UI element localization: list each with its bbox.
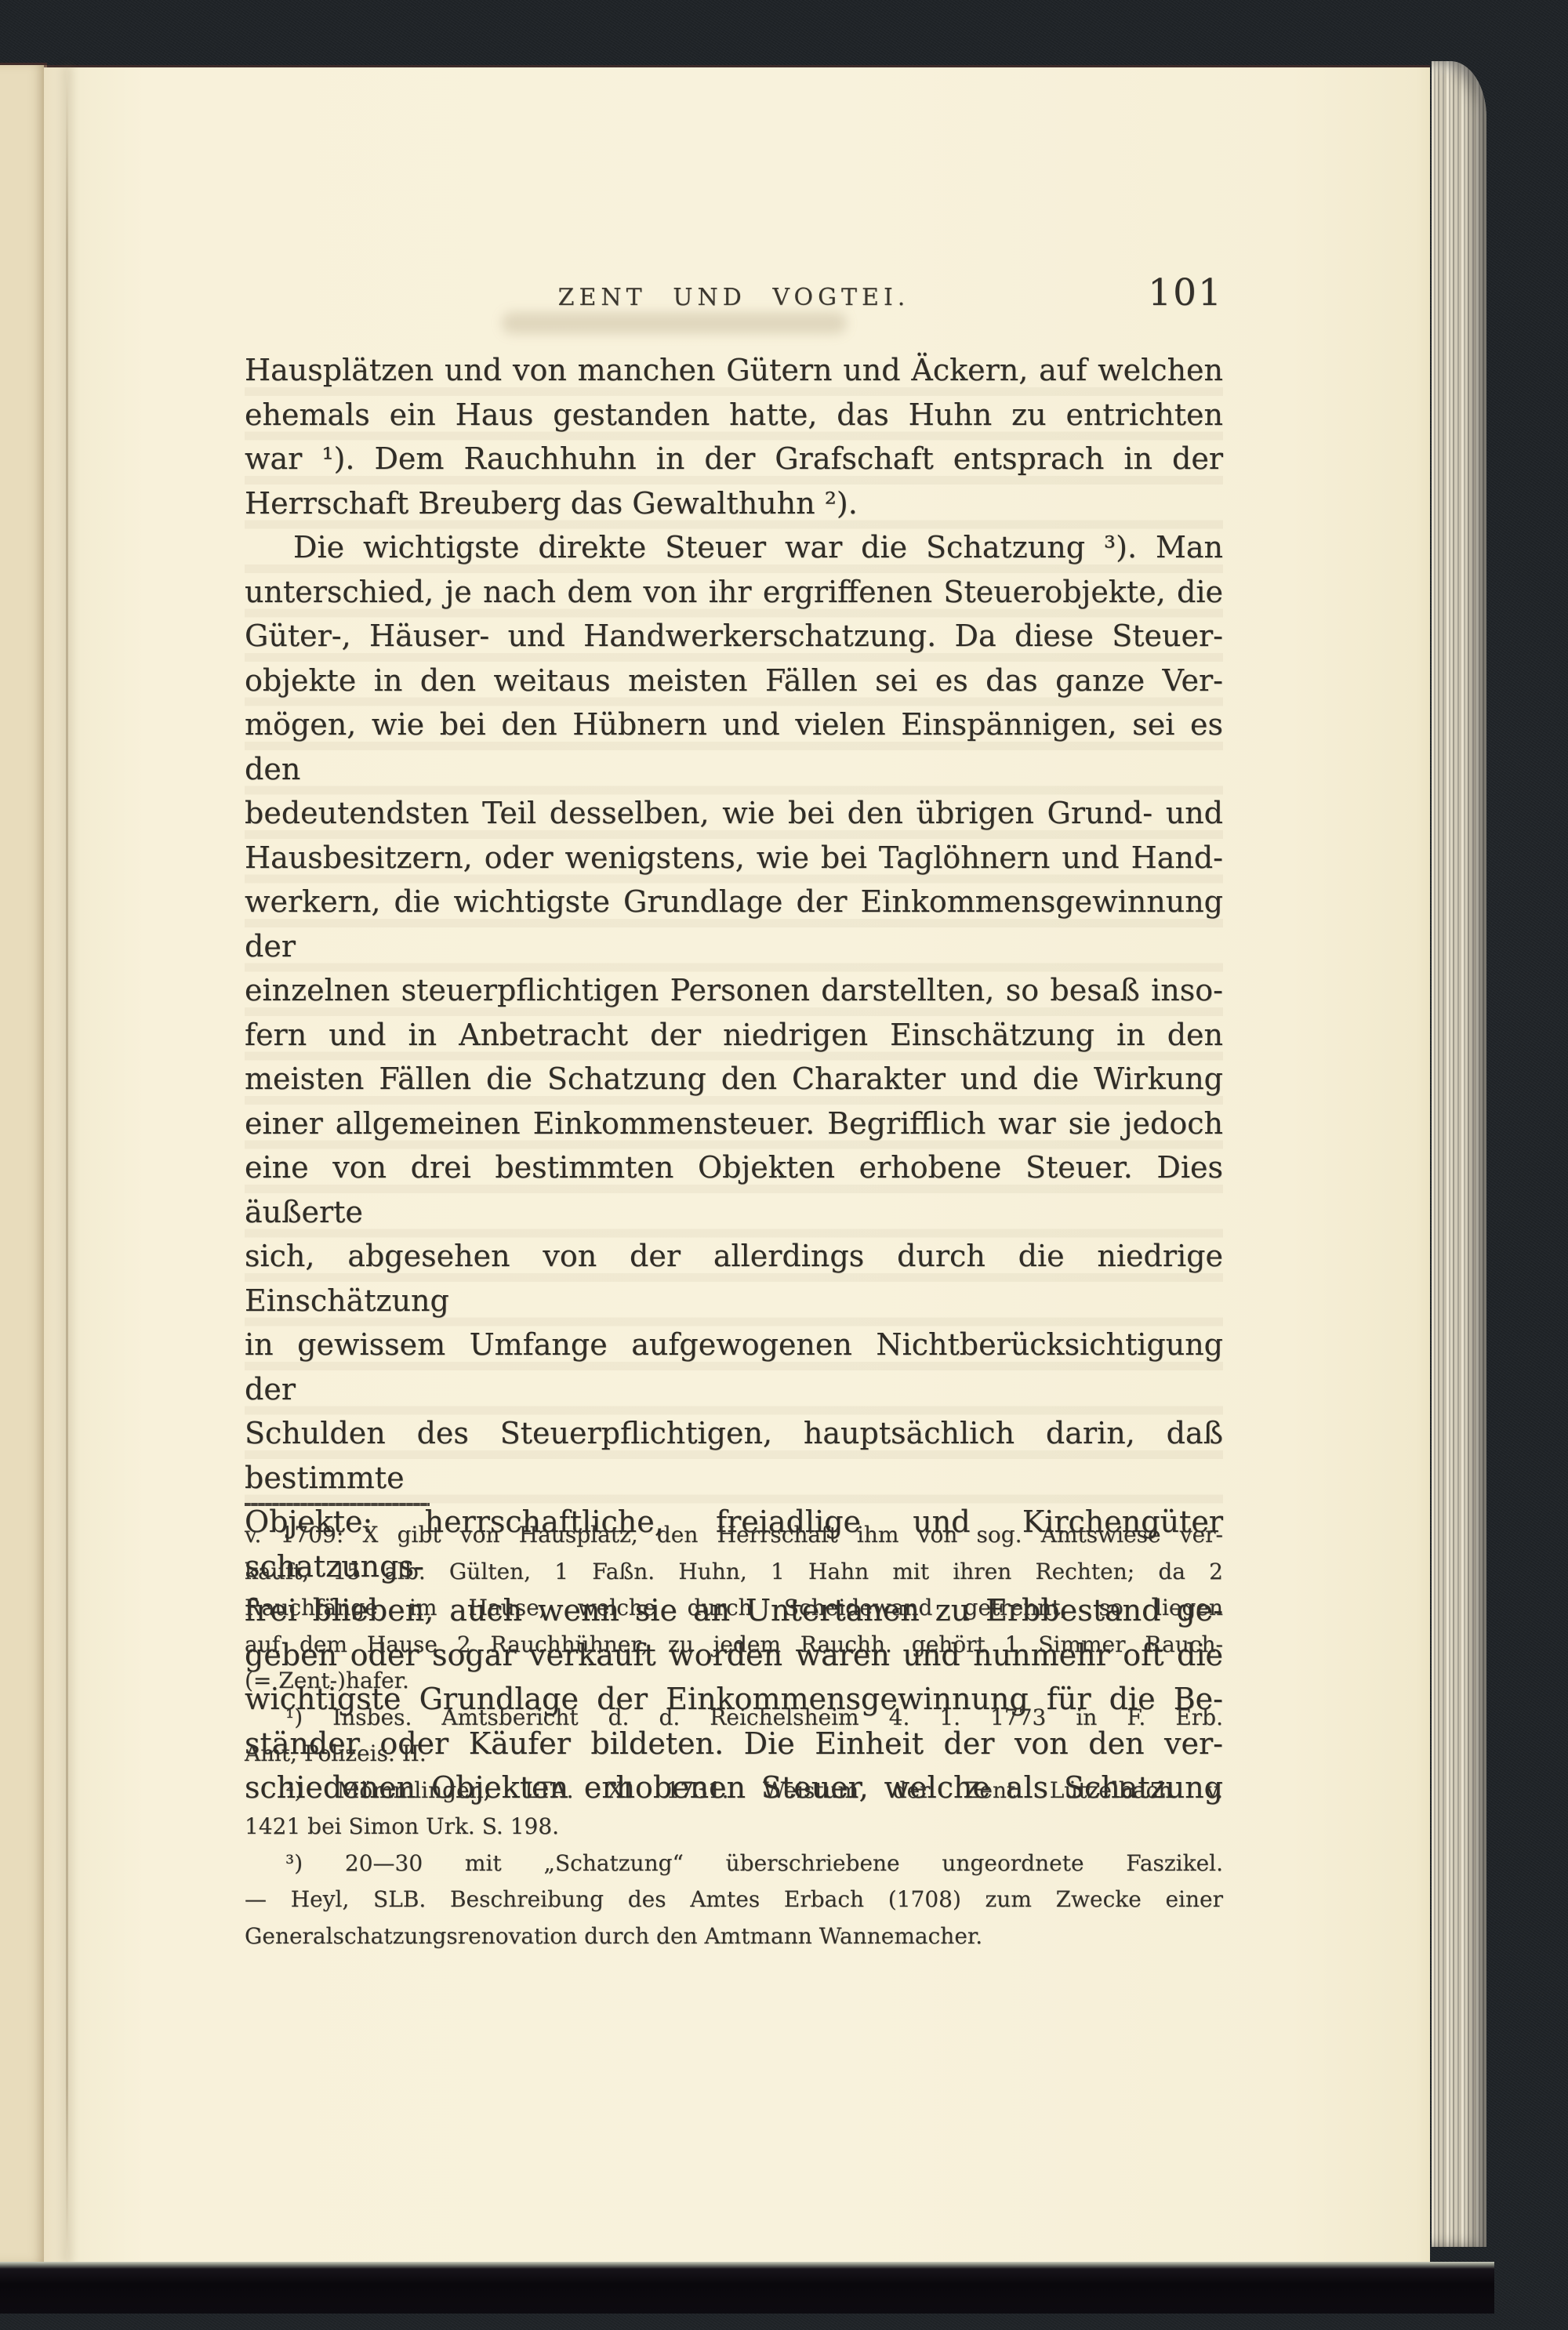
text-line: meisten Fällen die Schatzung den Charakt… <box>245 1057 1223 1101</box>
text-line: ²) Mömmlingen, LTA. XI 1731. Weistum der… <box>245 1773 1223 1809</box>
text-line: Die wichtigste direkte Steuer war die Sc… <box>245 525 1223 570</box>
text-line: fern und in Anbetracht der niedrigen Ein… <box>245 1013 1223 1058</box>
text-line: Güter-, Häuser- und Handwerkerschatzung.… <box>245 614 1223 659</box>
footnotes-block: v. 1709: X gibt von Hausplatz, den Herrs… <box>245 1517 1223 1954</box>
book-page: ZENT UND VOGTEI. 101 Hausplätzen und von… <box>44 67 1430 2262</box>
text-line: in gewissem Umfange aufgewogenen Nichtbe… <box>245 1323 1223 1411</box>
text-line: — Heyl, SLB. Beschreibung des Amtes Erba… <box>245 1882 1223 1918</box>
book-scan-scene: ZENT UND VOGTEI. 101 Hausplätzen und von… <box>0 0 1568 2330</box>
gutter-fold-line <box>66 67 68 2262</box>
text-line: Hausbesitzern, oder wenigstens, wie bei … <box>245 836 1223 880</box>
text-line: auf dem Hause 2 Rauchhühner; zu jedem Ra… <box>245 1627 1223 1664</box>
text-line: objekte in den weitaus meisten Fällen se… <box>245 659 1223 703</box>
text-line: Schulden des Steuerpflichtigen, hauptsäc… <box>245 1411 1223 1500</box>
text-line: ehemals ein Haus gestanden hatte, das Hu… <box>245 393 1223 437</box>
page-header: ZENT UND VOGTEI. 101 <box>245 274 1223 321</box>
text-line: bedeutendsten Teil desselben, wie bei de… <box>245 791 1223 836</box>
text-line: kauft, 15 alb. Gülten, 1 Faßn. Huhn, 1 H… <box>245 1554 1223 1591</box>
text-line: unterschied, je nach dem von ihr ergriff… <box>245 570 1223 615</box>
page-number: 101 <box>1148 270 1223 317</box>
text-line: Generalschatzungsrenovation durch den Am… <box>245 1918 1223 1955</box>
running-title: ZENT UND VOGTEI. <box>245 274 1223 321</box>
text-line: Hausplätzen und von manchen Gütern und Ä… <box>245 348 1223 393</box>
text-line: werkern, die wichtigste Grundlage der Ei… <box>245 880 1223 968</box>
text-line: war ¹). Dem Rauchhuhn in der Grafschaft … <box>245 437 1223 481</box>
text-line: einzelnen steuerpflichtigen Personen dar… <box>245 968 1223 1013</box>
text-line: ³) 20—30 mit „Schatzung“ überschriebene … <box>245 1845 1223 1882</box>
text-line: Amt, Polizeis. II. <box>245 1736 1223 1773</box>
text-line: eine von drei bestimmten Objekten erhobe… <box>245 1145 1223 1234</box>
book-bottom-shadow <box>0 2262 1494 2314</box>
footnote-separator <box>245 1503 430 1506</box>
text-line: (= Zent-)hafer. <box>245 1663 1223 1700</box>
text-line: sich, abgesehen von der allerdings durch… <box>245 1234 1223 1323</box>
text-line: Rauchfänge im Hause, welche durch Scheid… <box>245 1590 1223 1627</box>
previous-page-edge <box>0 65 47 2262</box>
text-line: Herrschaft Breuberg das Gewalthuhn ²). <box>245 481 1223 526</box>
fore-edge-page-stack <box>1432 61 1486 2247</box>
text-line: mögen, wie bei den Hübnern und vielen Ei… <box>245 702 1223 791</box>
text-line: einer allgemeinen Einkommensteuer. Begri… <box>245 1101 1223 1146</box>
text-line: v. 1709: X gibt von Hausplatz, den Herrs… <box>245 1517 1223 1554</box>
text-line: ¹) Insbes. Amtsbericht d. d. Reichelshei… <box>245 1700 1223 1737</box>
text-line: 1421 bei Simon Urk. S. 198. <box>245 1809 1223 1845</box>
